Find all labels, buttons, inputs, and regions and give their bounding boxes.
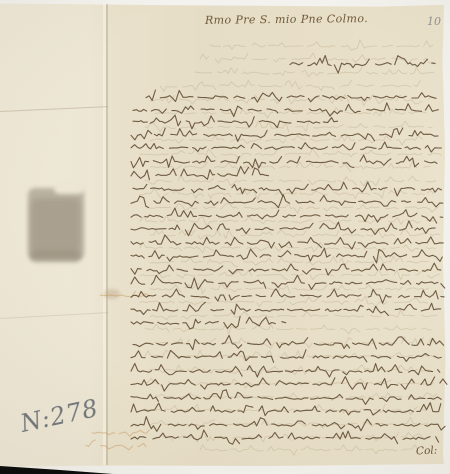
manuscript-scan: Rmo Pre S. mio Pne Colmo. 10 N:278 Col: [0,0,450,474]
ink-smudge [104,289,120,299]
catchword: Col: [416,444,438,457]
fold-line-vertical [106,4,108,465]
glue-stain-shadow [30,250,81,262]
glue-stain-notch [54,183,84,194]
letter-heading: Rmo Pre S. mio Pne Colmo. [205,12,368,27]
page-number: 10 [427,15,441,28]
glue-stain-core [31,198,80,254]
